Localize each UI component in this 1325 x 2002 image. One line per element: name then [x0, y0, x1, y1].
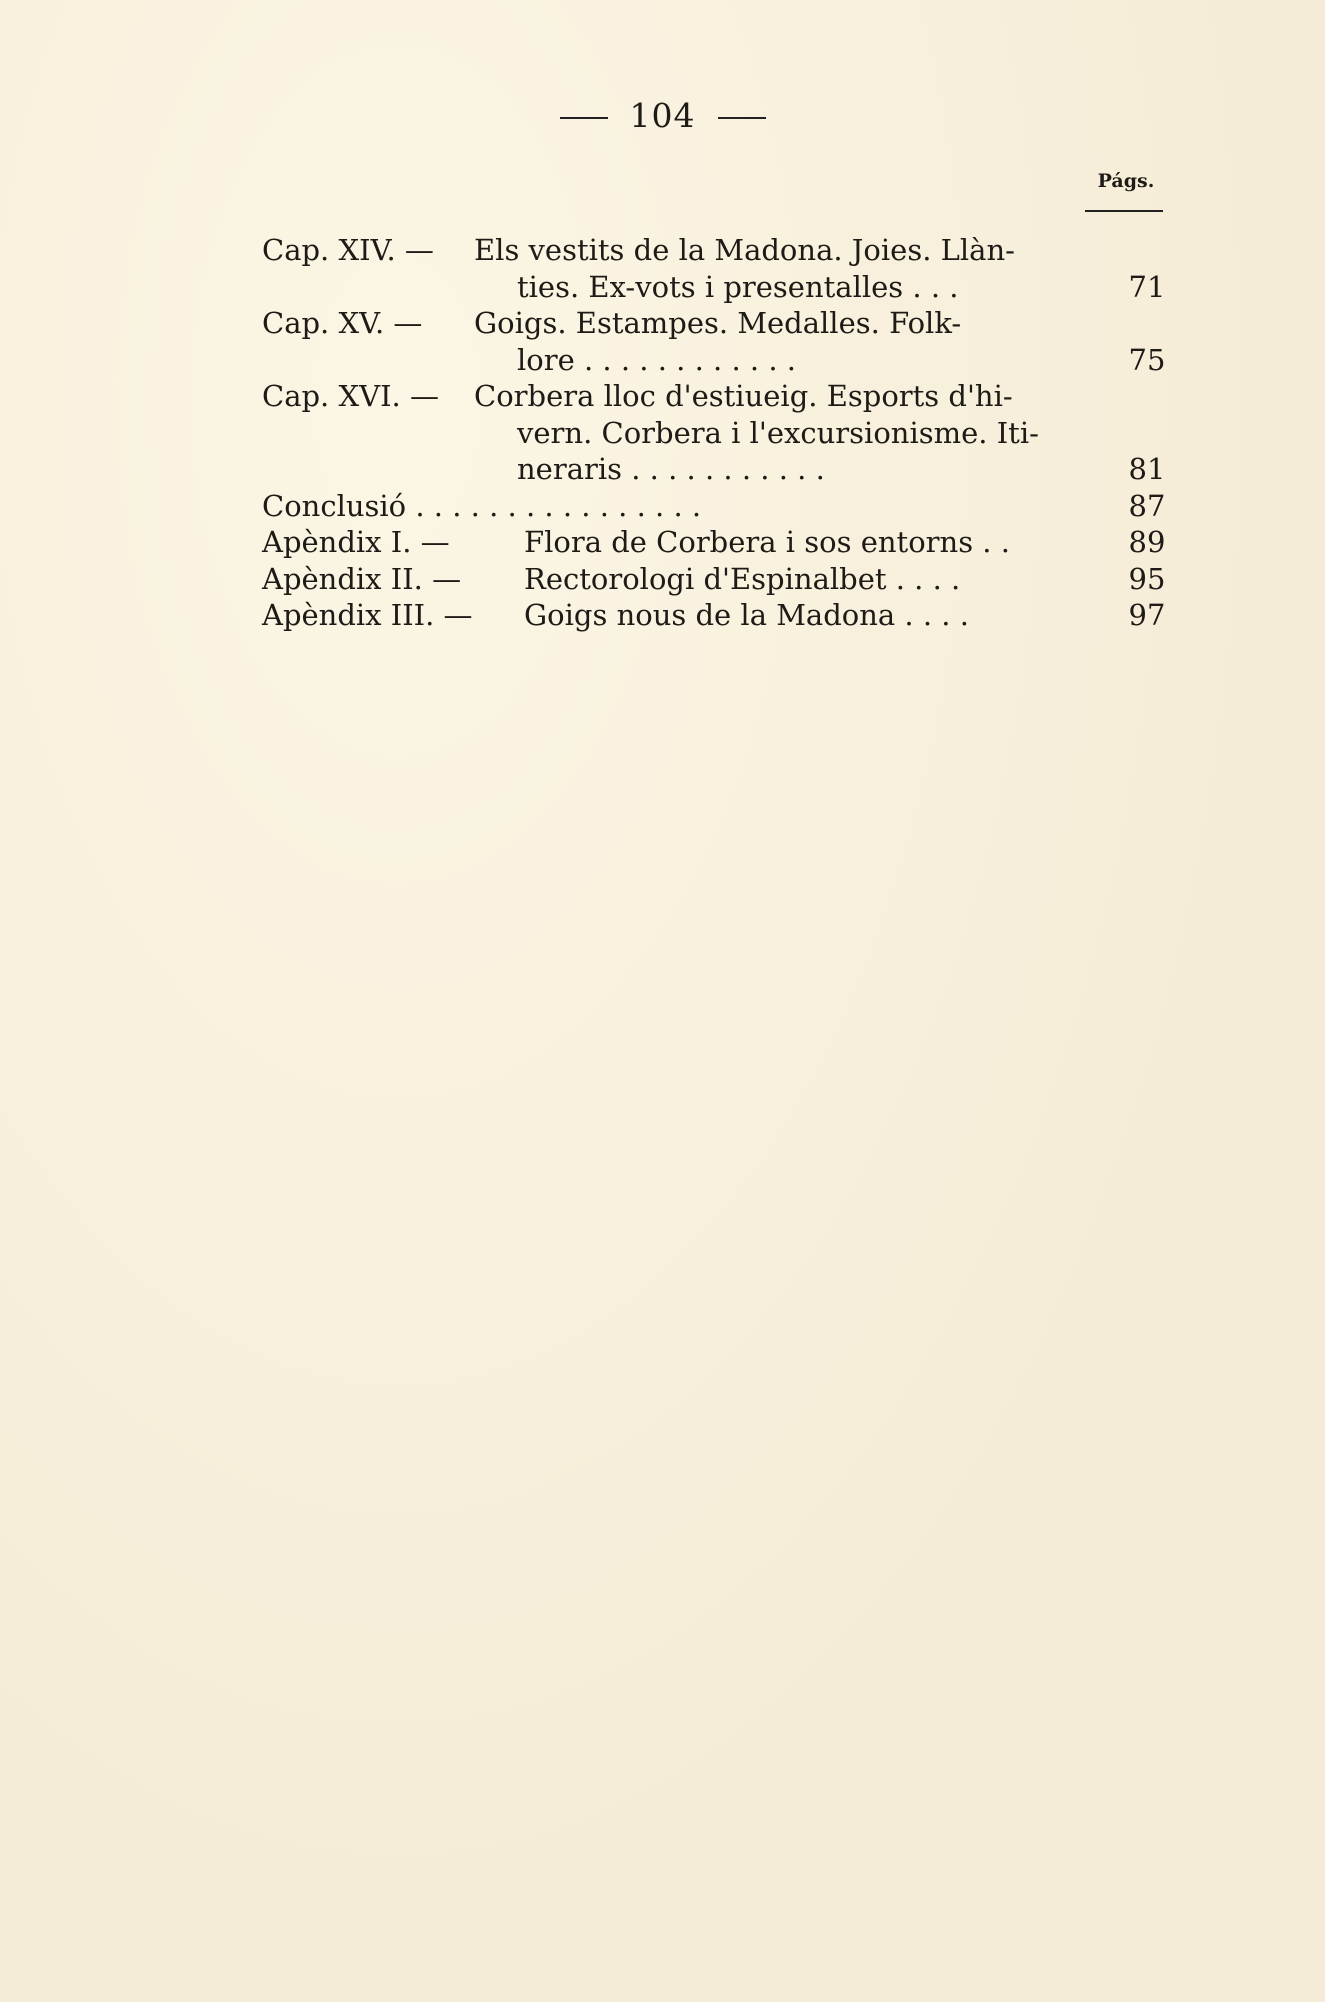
- toc-page: 89: [1122, 524, 1172, 561]
- toc-title: Flora de Corbera i sos entorns . .: [524, 524, 1010, 561]
- toc-title: lore . . . . . . . . . . . .: [517, 342, 796, 379]
- toc-page: 81: [1122, 451, 1172, 488]
- toc-line: vern. Corbera i l'excursionisme. Iti-: [262, 415, 1172, 452]
- toc-chapter: Apèndix I. —: [262, 524, 450, 561]
- toc-title: Rectorologi d'Espinalbet . . . .: [524, 561, 960, 598]
- toc-page: 97: [1122, 597, 1172, 634]
- toc-line: Apèndix II. —Rectorologi d'Espinalbet . …: [262, 561, 1172, 598]
- toc-chapter: Apèndix III. —: [262, 597, 473, 634]
- toc-line: ties. Ex-vots i presentalles . . .71: [262, 269, 1172, 306]
- dash-right: [718, 117, 766, 119]
- toc-line: lore . . . . . . . . . . . .75: [262, 342, 1172, 379]
- toc-chapter: Cap. XIV. —: [262, 232, 434, 269]
- toc-page: 71: [1122, 269, 1172, 306]
- table-of-contents: Cap. XIV. —Els vestits de la Madona. Joi…: [262, 232, 1172, 634]
- toc-line: Cap. XVI. —Corbera lloc d'estiueig. Espo…: [262, 378, 1172, 415]
- toc-title: vern. Corbera i l'excursionisme. Iti-: [517, 415, 1039, 452]
- pages-column-header: Págs.: [1090, 170, 1162, 192]
- toc-title: Corbera lloc d'estiueig. Esports d'hi-: [474, 378, 1013, 415]
- toc-page: 75: [1122, 342, 1172, 379]
- toc-chapter: Conclusió . . . . . . . . . . . . . . . …: [262, 488, 701, 525]
- toc-line: Cap. XIV. —Els vestits de la Madona. Joi…: [262, 232, 1172, 269]
- toc-chapter: Cap. XVI. —: [262, 378, 439, 415]
- toc-line: neraris . . . . . . . . . . .81: [262, 451, 1172, 488]
- toc-title: ties. Ex-vots i presentalles . . .: [517, 269, 958, 306]
- toc-line: Cap. XV. —Goigs. Estampes. Medalles. Fol…: [262, 305, 1172, 342]
- toc-title: neraris . . . . . . . . . . .: [517, 451, 825, 488]
- toc-title: Goigs. Estampes. Medalles. Folk-: [474, 305, 961, 342]
- page-number-text: 104: [630, 96, 696, 135]
- toc-line: Conclusió . . . . . . . . . . . . . . . …: [262, 488, 1172, 525]
- toc-page: 87: [1122, 488, 1172, 525]
- toc-chapter: Apèndix II. —: [262, 561, 461, 598]
- toc-title: Els vestits de la Madona. Joies. Llàn-: [474, 232, 1015, 269]
- page-number: 104: [0, 96, 1325, 135]
- toc-page: 95: [1122, 561, 1172, 598]
- toc-title: Goigs nous de la Madona . . . .: [524, 597, 969, 634]
- header-rule: [1085, 210, 1163, 212]
- toc-line: Apèndix I. —Flora de Corbera i sos entor…: [262, 524, 1172, 561]
- dash-left: [560, 117, 608, 119]
- toc-chapter: Cap. XV. —: [262, 305, 422, 342]
- toc-line: Apèndix III. —Goigs nous de la Madona . …: [262, 597, 1172, 634]
